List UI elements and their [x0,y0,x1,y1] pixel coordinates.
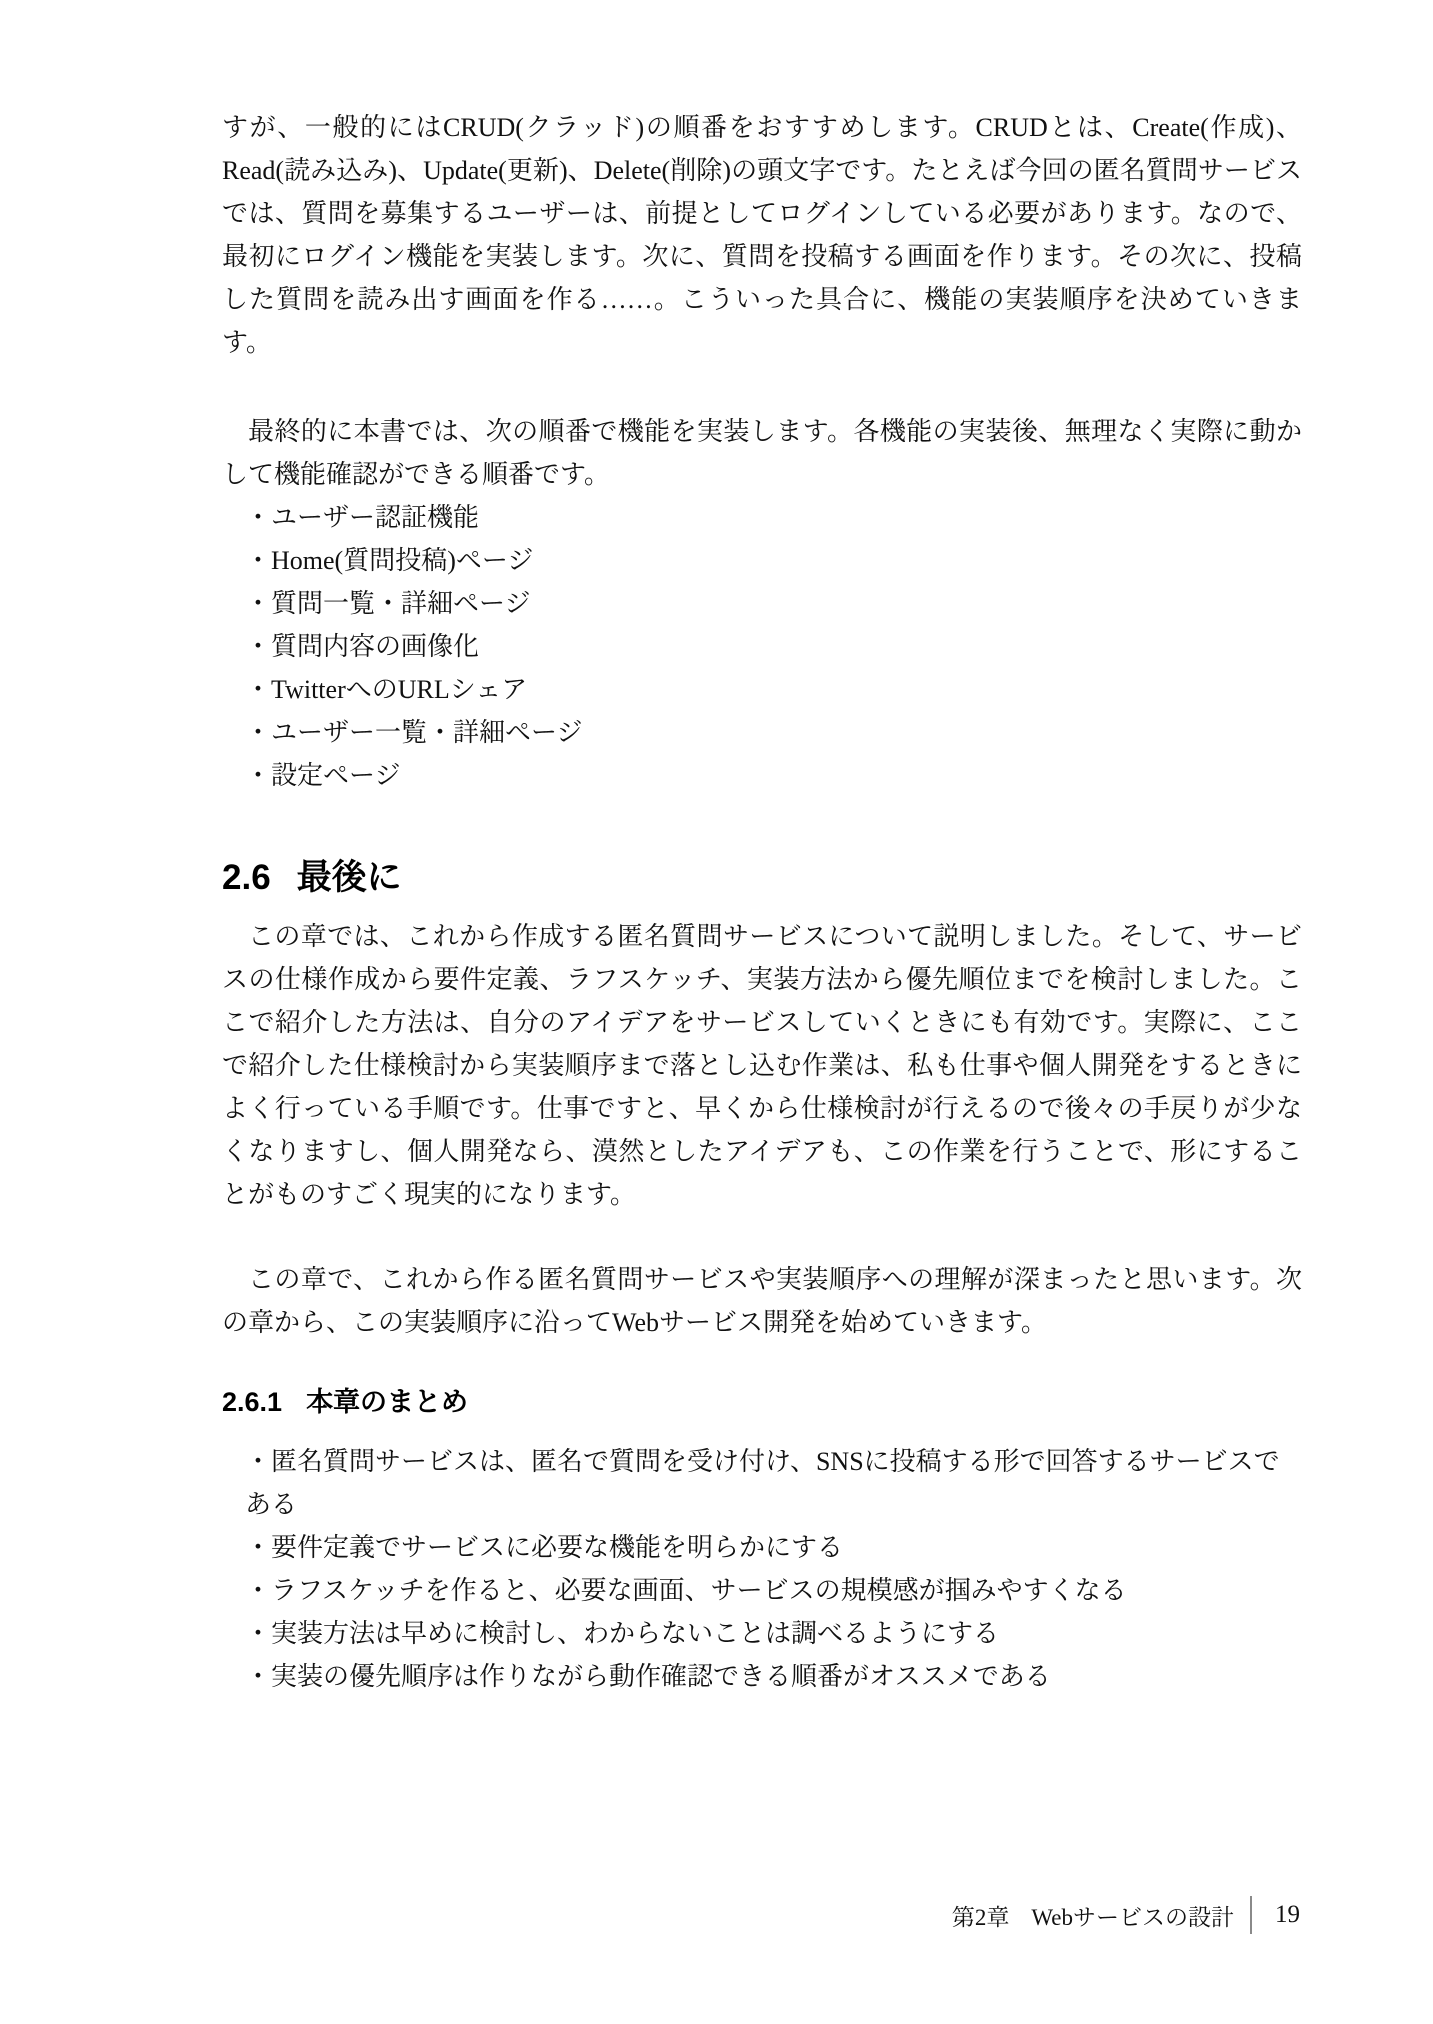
list-item: ・実装方法は早めに検討し、わからないことは調べるようにする [245,1612,1302,1655]
book-page: { "page": { "bullet_char": "・", "paragra… [0,0,1433,2024]
list-item: ・ユーザー一覧・詳細ページ [245,711,1302,754]
list-item: ・設定ページ [245,754,1302,797]
list-item: ・ラフスケッチを作ると、必要な画面、サービスの規模感が掴みやすくなる [245,1569,1302,1612]
bullet-icon: ・ [245,1662,271,1691]
list-item-label: 設定ページ [271,761,400,790]
paragraph-chapter-review: この章では、これから作成する匿名質問サービスについて説明しました。そして、サービ… [222,915,1302,1216]
list-item-label: ユーザー認証機能 [271,503,479,532]
list-item: ・匿名質問サービスは、匿名で質問を受け付け、SNSに投稿する形で回答するサービス… [245,1440,1302,1526]
paragraph-next-chapter: この章で、これから作る匿名質問サービスや実装順序への理解が深まったと思います。次… [222,1258,1302,1344]
list-item-label: Home(質問投稿)ページ [271,546,533,575]
feature-list: ・ユーザー認証機能 ・Home(質問投稿)ページ ・質問一覧・詳細ページ ・質問… [222,496,1302,797]
list-item: ・質問一覧・詳細ページ [245,582,1302,625]
bullet-icon: ・ [245,675,271,704]
section-number: 2.6 [222,858,271,897]
bullet-icon: ・ [245,632,271,661]
footer-divider [1250,1896,1252,1934]
list-item: ・質問内容の画像化 [245,625,1302,668]
bullet-icon: ・ [245,546,271,575]
list-item-label: ラフスケッチを作ると、必要な画面、サービスの規模感が掴みやすくなる [271,1576,1127,1605]
section-title: 最後に [297,858,402,897]
subsection-number: 2.6.1 [222,1387,282,1417]
bullet-icon: ・ [245,718,271,747]
footer-chapter-title: Webサービスの設計 [1031,1899,1234,1932]
subsection-title: 本章のまとめ [306,1387,468,1417]
bullet-icon: ・ [245,1533,271,1562]
paragraph-implementation-order: 最終的に本書では、次の順番で機能を実装します。各機能の実装後、無理なく実際に動か… [222,410,1302,496]
page-content: すが、一般的にはCRUD(クラッド)の順番をおすすめします。CRUDとは、Cre… [222,0,1302,1698]
list-item: ・ユーザー認証機能 [245,496,1302,539]
section-heading: 2.6最後に [222,855,1302,901]
summary-list: ・匿名質問サービスは、匿名で質問を受け付け、SNSに投稿する形で回答するサービス… [222,1440,1302,1698]
list-item-label: ユーザー一覧・詳細ページ [271,718,582,747]
list-item: ・実装の優先順序は作りながら動作確認できる順番がオススメである [245,1655,1302,1698]
list-item-label: 実装方法は早めに検討し、わからないことは調べるようにする [271,1619,999,1648]
bullet-icon: ・ [245,503,271,532]
page-footer: 第2章 Webサービスの設計 19 [952,1896,1300,1934]
list-item-label: 質問内容の画像化 [271,632,479,661]
bullet-icon: ・ [245,1619,271,1648]
subsection-heading: 2.6.1本章のまとめ [222,1384,1302,1420]
list-item: ・要件定義でサービスに必要な機能を明らかにする [245,1526,1302,1569]
page-number: 19 [1270,1901,1300,1929]
list-item-label: 質問一覧・詳細ページ [271,589,530,618]
list-item-label: 要件定義でサービスに必要な機能を明らかにする [271,1533,843,1562]
bullet-icon: ・ [245,589,271,618]
bullet-icon: ・ [245,1447,271,1476]
bullet-icon: ・ [245,1576,271,1605]
list-item-label: 実装の優先順序は作りながら動作確認できる順番がオススメである [271,1662,1051,1691]
list-item-label: 匿名質問サービスは、匿名で質問を受け付け、SNSに投稿する形で回答するサービスで… [245,1447,1280,1519]
paragraph-crud-order: すが、一般的にはCRUD(クラッド)の順番をおすすめします。CRUDとは、Cre… [222,106,1302,364]
list-item: ・TwitterへのURLシェア [245,668,1302,711]
footer-chapter-label: 第2章 [952,1899,1010,1932]
list-item-label: TwitterへのURLシェア [271,675,527,704]
bullet-icon: ・ [245,761,271,790]
list-item: ・Home(質問投稿)ページ [245,539,1302,582]
